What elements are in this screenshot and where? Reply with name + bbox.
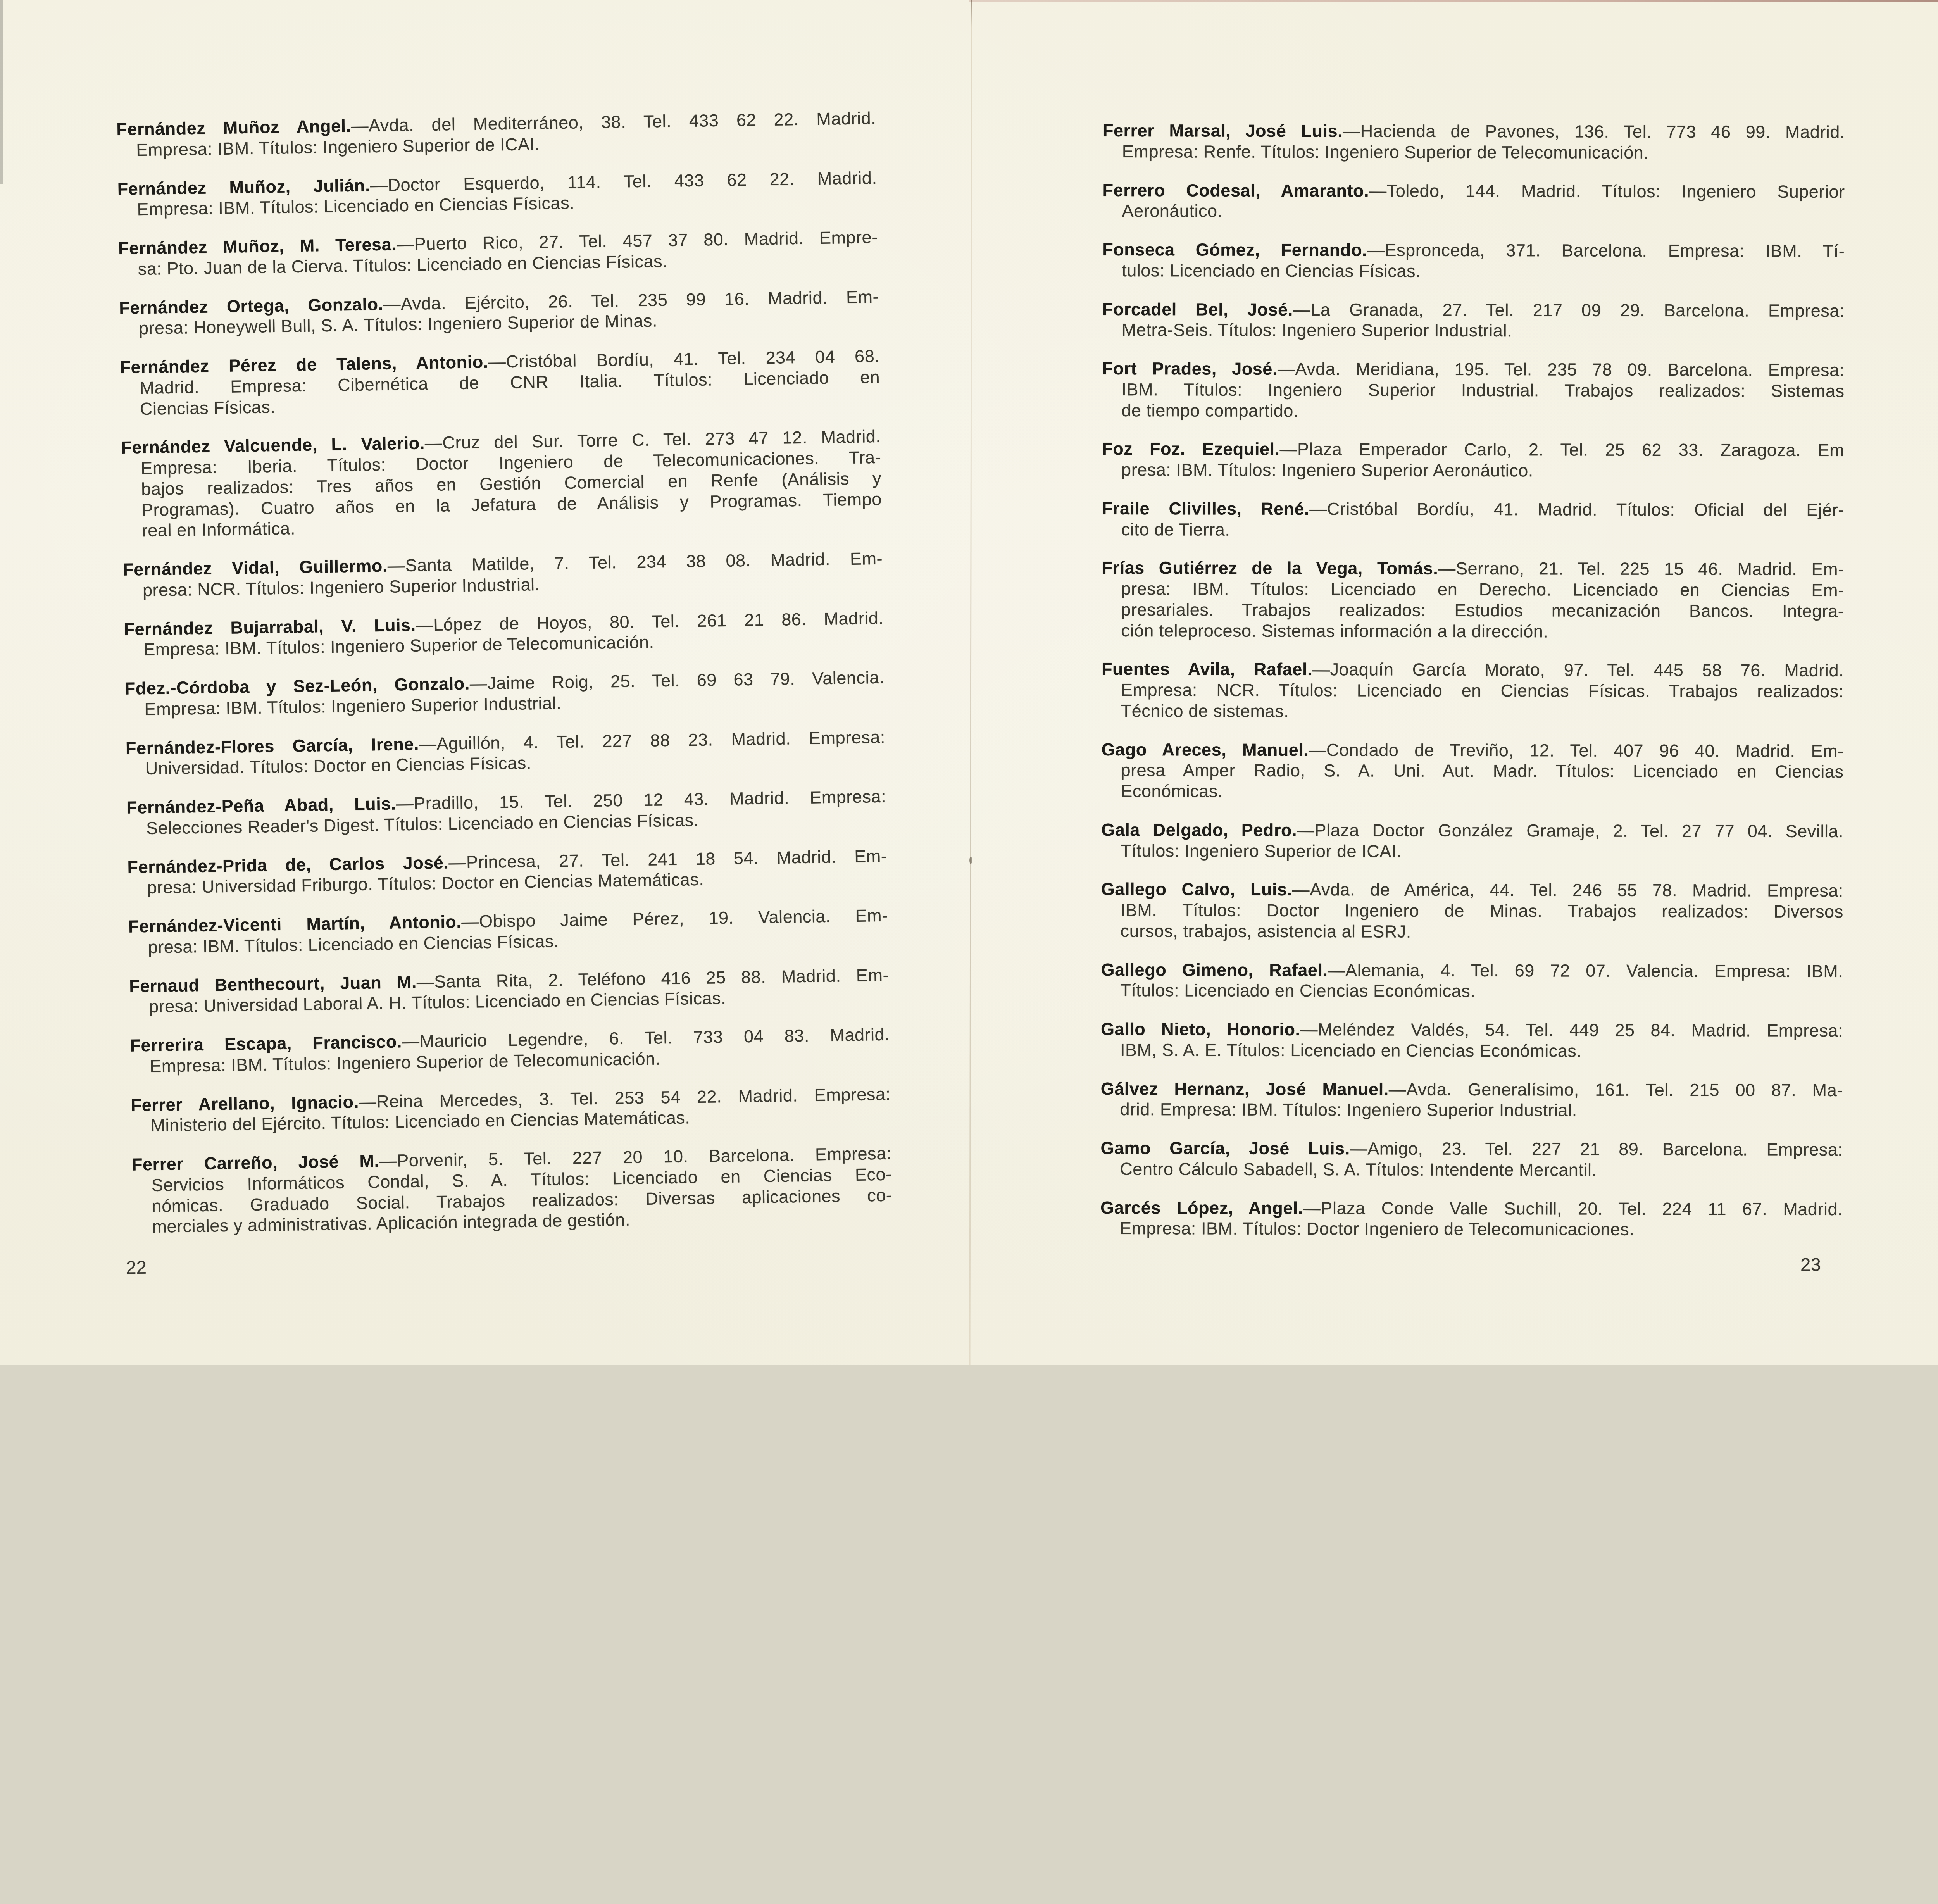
entry-line: cito de Tierra. [1102,519,1844,541]
entry-line: cursos, trabajos, asistencia al ESRJ. [1101,921,1843,943]
entry-line: Forcadel Bel, José.—La Granada, 27. Tel.… [1102,298,1845,321]
entry-line: drid. Empresa: IBM. Títulos: Ingeniero S… [1101,1099,1843,1121]
entry-details-text: —Avda. de América, 44. Tel. 246 55 78. M… [1292,880,1843,900]
entry-person-name: Ferrer Carreño, José M. [132,1151,379,1174]
entry-details-text: —Toledo, 144. Madrid. Títulos: Ingeniero… [1369,181,1845,202]
entry-line: Gago Areces, Manuel.—Condado de Treviño,… [1102,739,1844,761]
entry-details-text: —Avda. Meridiana, 195. Tel. 235 78 09. B… [1278,359,1845,380]
entry-line: Fuentes Avila, Rafael.—Joaquín García Mo… [1102,659,1844,681]
entry-line: Económicas. [1101,781,1843,803]
entry-line: Fraile Clivilles, René.—Cristóbal Bordíu… [1102,498,1844,521]
entry-line: Títulos: Ingeniero Superior de ICAI. [1101,840,1843,862]
page-number-right: 23 [1800,1254,1821,1276]
entry-line: Empresa: Renfe. Títulos: Ingeniero Super… [1103,141,1845,164]
entry-details-text: —Serrano, 21. Tel. 225 15 46. Madrid. Em… [1438,559,1844,579]
directory-entry: Fonseca Gómez, Fernando.—Espronceda, 371… [1102,239,1845,283]
entry-details-text: —Alemania, 4. Tel. 69 72 07. Valencia. E… [1328,960,1843,981]
entry-line: Aeronáutico. [1102,200,1845,223]
entry-details-text: —Hacienda de Pavones, 136. Tel. 773 46 9… [1343,121,1845,142]
entry-person-name: Foz Foz. Ezequiel. [1102,439,1279,459]
entry-details-text: —Plaza Conde Valle Suchill, 20. Tel. 224… [1303,1198,1843,1219]
directory-entry: Gago Areces, Manuel.—Condado de Treviño,… [1101,739,1843,803]
entry-line: Gallego Gimeno, Rafael.—Alemania, 4. Tel… [1101,959,1843,981]
entry-person-name: Fort Prades, José. [1102,359,1278,379]
entry-person-name: Gálvez Hernanz, José Manuel. [1101,1078,1389,1099]
directory-entry: Fernández Muñoz, Julián.—Doctor Esquerdo… [117,167,877,220]
right-page-text-column: Ferrer Marsal, José Luis.—Hacienda de Pa… [1100,120,1845,1240]
directory-entry: Foz Foz. Ezequiel.—Plaza Emperador Carlo… [1102,438,1844,482]
directory-entry: Ferrer Arellano, Ignacio.—Reina Mercedes… [131,1083,891,1137]
entry-line: de tiempo compartido. [1102,400,1844,422]
entry-person-name: Fernaud Benthecourt, Juan M. [129,972,417,996]
directory-entry: Gálvez Hernanz, José Manuel.—Avda. Gener… [1101,1078,1843,1121]
entry-line: Frías Gutiérrez de la Vega, Tomás.—Serra… [1102,557,1844,580]
entry-line: Ferrero Codesal, Amaranto.—Toledo, 144. … [1103,179,1845,202]
entry-line: Ferrer Marsal, José Luis.—Hacienda de Pa… [1103,120,1845,143]
entry-line: Gallo Nieto, Honorio.—Meléndez Valdés, 5… [1101,1019,1843,1041]
entry-line: IBM. Títulos: Ingeniero Superior Industr… [1102,379,1844,402]
entry-person-name: Gallego Gimeno, Rafael. [1101,959,1328,980]
entry-person-name: Gallo Nieto, Honorio. [1101,1019,1300,1039]
entry-details-text: —Plaza Emperador Carlo, 2. Tel. 25 62 33… [1280,439,1845,460]
entry-line: Fonseca Gómez, Fernando.—Espronceda, 371… [1102,239,1845,262]
entry-person-name: Forcadel Bel, José. [1102,299,1293,319]
directory-entry: Ferrer Marsal, José Luis.—Hacienda de Pa… [1103,120,1845,164]
scan-top-edge-artifact [969,0,1938,2]
directory-entry: Gallo Nieto, Honorio.—Meléndez Valdés, 5… [1101,1019,1843,1062]
entry-line: Centro Cálculo Sabadell, S. A. Títulos: … [1100,1159,1843,1181]
entry-person-name: Ferrer Marsal, José Luis. [1103,121,1343,141]
entry-line: presa Amper Radio, S. A. Uni. Aut. Madr.… [1101,760,1843,782]
entry-line: IBM. Títulos: Doctor Ingeniero de Minas.… [1101,900,1843,922]
entry-person-name: Frías Gutiérrez de la Vega, Tomás. [1102,558,1438,578]
directory-entry: Fernández Pérez de Talens, Antonio.—Cris… [120,346,880,419]
scanned-book-spread: Fernández Muñoz Angel.—Avda. del Mediter… [0,0,1938,1365]
entry-details-text: —Condado de Treviño, 12. Tel. 407 96 40.… [1309,740,1843,761]
entry-line: Empresa: NCR. Títulos: Licenciado en Cie… [1102,680,1844,702]
entry-person-name: Fernández Vidal, Guillermo. [123,556,388,579]
left-page-text-column: Fernández Muñoz Angel.—Avda. del Mediter… [116,108,893,1238]
entry-person-name: Ferrerira Escapa, Francisco. [130,1031,402,1055]
entry-details-text: —Cristóbal Bordíu, 41. Madrid. Títulos: … [1309,499,1844,520]
entry-line: Gamo García, José Luis.—Amigo, 23. Tel. … [1100,1138,1843,1160]
entry-person-name: Gamo García, José Luis. [1100,1138,1350,1158]
directory-entry: Fraile Clivilles, René.—Cristóbal Bordíu… [1102,498,1844,542]
directory-entry: Gallego Gimeno, Rafael.—Alemania, 4. Tel… [1101,959,1843,1002]
entry-person-name: Fraile Clivilles, René. [1102,498,1309,519]
entry-person-name: Fernández-Flores García, Irene. [126,734,419,758]
page-number-left: 22 [126,1257,147,1278]
directory-entry: Forcadel Bel, José.—La Granada, 27. Tel.… [1102,298,1845,342]
entry-person-name: Garcés López, Angel. [1100,1197,1303,1218]
directory-entry: Fernández-Prida de, Carlos José.—Princes… [127,845,887,899]
directory-entry: Fernández Muñoz Angel.—Avda. del Mediter… [116,108,876,161]
entry-line: Foz Foz. Ezequiel.—Plaza Emperador Carlo… [1102,438,1844,461]
entry-line: presariales. Trabajos realizados: Estudi… [1102,599,1844,622]
directory-entry: Frías Gutiérrez de la Vega, Tomás.—Serra… [1102,557,1844,642]
entry-line: Títulos: Licenciado en Ciencias Económic… [1101,980,1843,1002]
entry-person-name: Gallego Calvo, Luis. [1101,879,1292,899]
entry-person-name: Fernández Valcuende, L. Valerio. [121,433,425,458]
entry-person-name: Fonseca Gómez, Fernando. [1102,240,1367,260]
entry-line: tulos: Licenciado en Ciencias Físicas. [1102,260,1845,283]
directory-entry: Ferrero Codesal, Amaranto.—Toledo, 144. … [1102,179,1845,223]
entry-person-name: Fernández Muñoz, Julián. [117,175,370,199]
entry-line: ción teleproceso. Sistemas información a… [1102,620,1844,642]
entry-details-text: —Joaquín García Morato, 97. Tel. 445 58 … [1312,659,1844,680]
entry-person-name: Fernández Bujarrabal, V. Luis. [124,615,416,639]
entry-line: Gálvez Hernanz, José Manuel.—Avda. Gener… [1101,1078,1843,1100]
directory-entry: Fernández Valcuende, L. Valerio.—Cruz de… [121,426,882,542]
directory-entry: Fernández Muñoz, M. Teresa.—Puerto Rico,… [118,227,878,280]
directory-entry: Fort Prades, José.—Avda. Meridiana, 195.… [1102,358,1844,422]
entry-line: Garcés López, Angel.—Plaza Conde Valle S… [1100,1197,1843,1219]
entry-line: Fort Prades, José.—Avda. Meridiana, 195.… [1102,358,1845,381]
entry-person-name: Ferrero Codesal, Amaranto. [1103,180,1369,200]
directory-entry: Fernández Ortega, Gonzalo.—Avda. Ejércit… [119,286,879,339]
entry-person-name: Fernández-Peña Abad, Luis. [126,793,396,817]
directory-entry: Fernández-Vicenti Martín, Antonio.—Obisp… [128,905,888,958]
entry-line: Empresa: IBM. Títulos: Doctor Ingeniero … [1100,1218,1843,1240]
entry-line: Técnico de sistemas. [1102,700,1844,723]
directory-entry: Fernández Bujarrabal, V. Luis.—López de … [124,607,884,661]
directory-entry: Fernández-Peña Abad, Luis.—Pradillo, 15.… [126,786,886,839]
directory-entry: Gamo García, José Luis.—Amigo, 23. Tel. … [1100,1138,1843,1181]
directory-entry: Ferrer Carreño, José M.—Porvenir, 5. Tel… [132,1143,893,1238]
entry-line: presa: IBM. Títulos: Ingeniero Superior … [1102,459,1844,482]
directory-entry: Fernández Vidal, Guillermo.—Santa Matild… [123,548,883,601]
directory-entry: Gala Delgado, Pedro.—Plaza Doctor Gonzál… [1101,819,1843,863]
entry-line: Metra-Seis. Títulos: Ingeniero Superior … [1102,319,1845,342]
entry-line: IBM, S. A. E. Títulos: Licenciado en Cie… [1101,1040,1843,1062]
scan-left-edge-artifact [0,0,3,184]
directory-entry: Fuentes Avila, Rafael.—Joaquín García Mo… [1102,659,1844,723]
entry-details-text: —Avda. Generalísimo, 161. Tel. 215 00 87… [1389,1079,1843,1100]
entry-person-name: Fuentes Avila, Rafael. [1102,659,1312,679]
entry-details-text: —Amigo, 23. Tel. 227 21 89. Barcelona. E… [1350,1138,1843,1159]
entry-details-text: —Espronceda, 371. Barcelona. Empresa: IB… [1367,240,1845,261]
entry-person-name: Gago Areces, Manuel. [1102,739,1309,759]
entry-line: presa: IBM. Títulos: Licenciado en Derec… [1102,578,1844,601]
directory-entry: Garcés López, Angel.—Plaza Conde Valle S… [1100,1197,1843,1240]
entry-person-name: Gala Delgado, Pedro. [1101,820,1297,840]
entry-person-name: Ferrer Arellano, Ignacio. [131,1092,359,1115]
entry-line: Gallego Calvo, Luis.—Avda. de América, 4… [1101,879,1843,901]
entry-person-name: Fernández Ortega, Gonzalo. [119,294,383,317]
entry-line: Gala Delgado, Pedro.—Plaza Doctor Gonzál… [1101,819,1843,842]
directory-entry: Ferrerira Escapa, Francisco.—Mauricio Le… [130,1024,890,1077]
directory-entry: Fdez.-Córdoba y Sez-León, Gonzalo.—Jaime… [124,667,885,720]
directory-entry: Gallego Calvo, Luis.—Avda. de América, 4… [1101,879,1843,943]
directory-entry: Fernández-Flores García, Irene.—Aguillón… [126,726,886,780]
entry-details-text: —Plaza Doctor González Gramaje, 2. Tel. … [1297,820,1843,841]
entry-details-text: —La Granada, 27. Tel. 217 09 29. Barcelo… [1293,300,1845,321]
entry-details-text: —Meléndez Valdés, 54. Tel. 449 25 84. Ma… [1300,1019,1843,1040]
gutter-speck-artifact [969,857,972,864]
entry-person-name: Fernández Muñoz Angel. [116,116,351,139]
entry-person-name: Fernández Muñoz, M. Teresa. [118,234,397,258]
directory-entry: Fernaud Benthecourt, Juan M.—Santa Rita,… [129,964,889,1018]
page-gutter-crease [969,0,972,1365]
